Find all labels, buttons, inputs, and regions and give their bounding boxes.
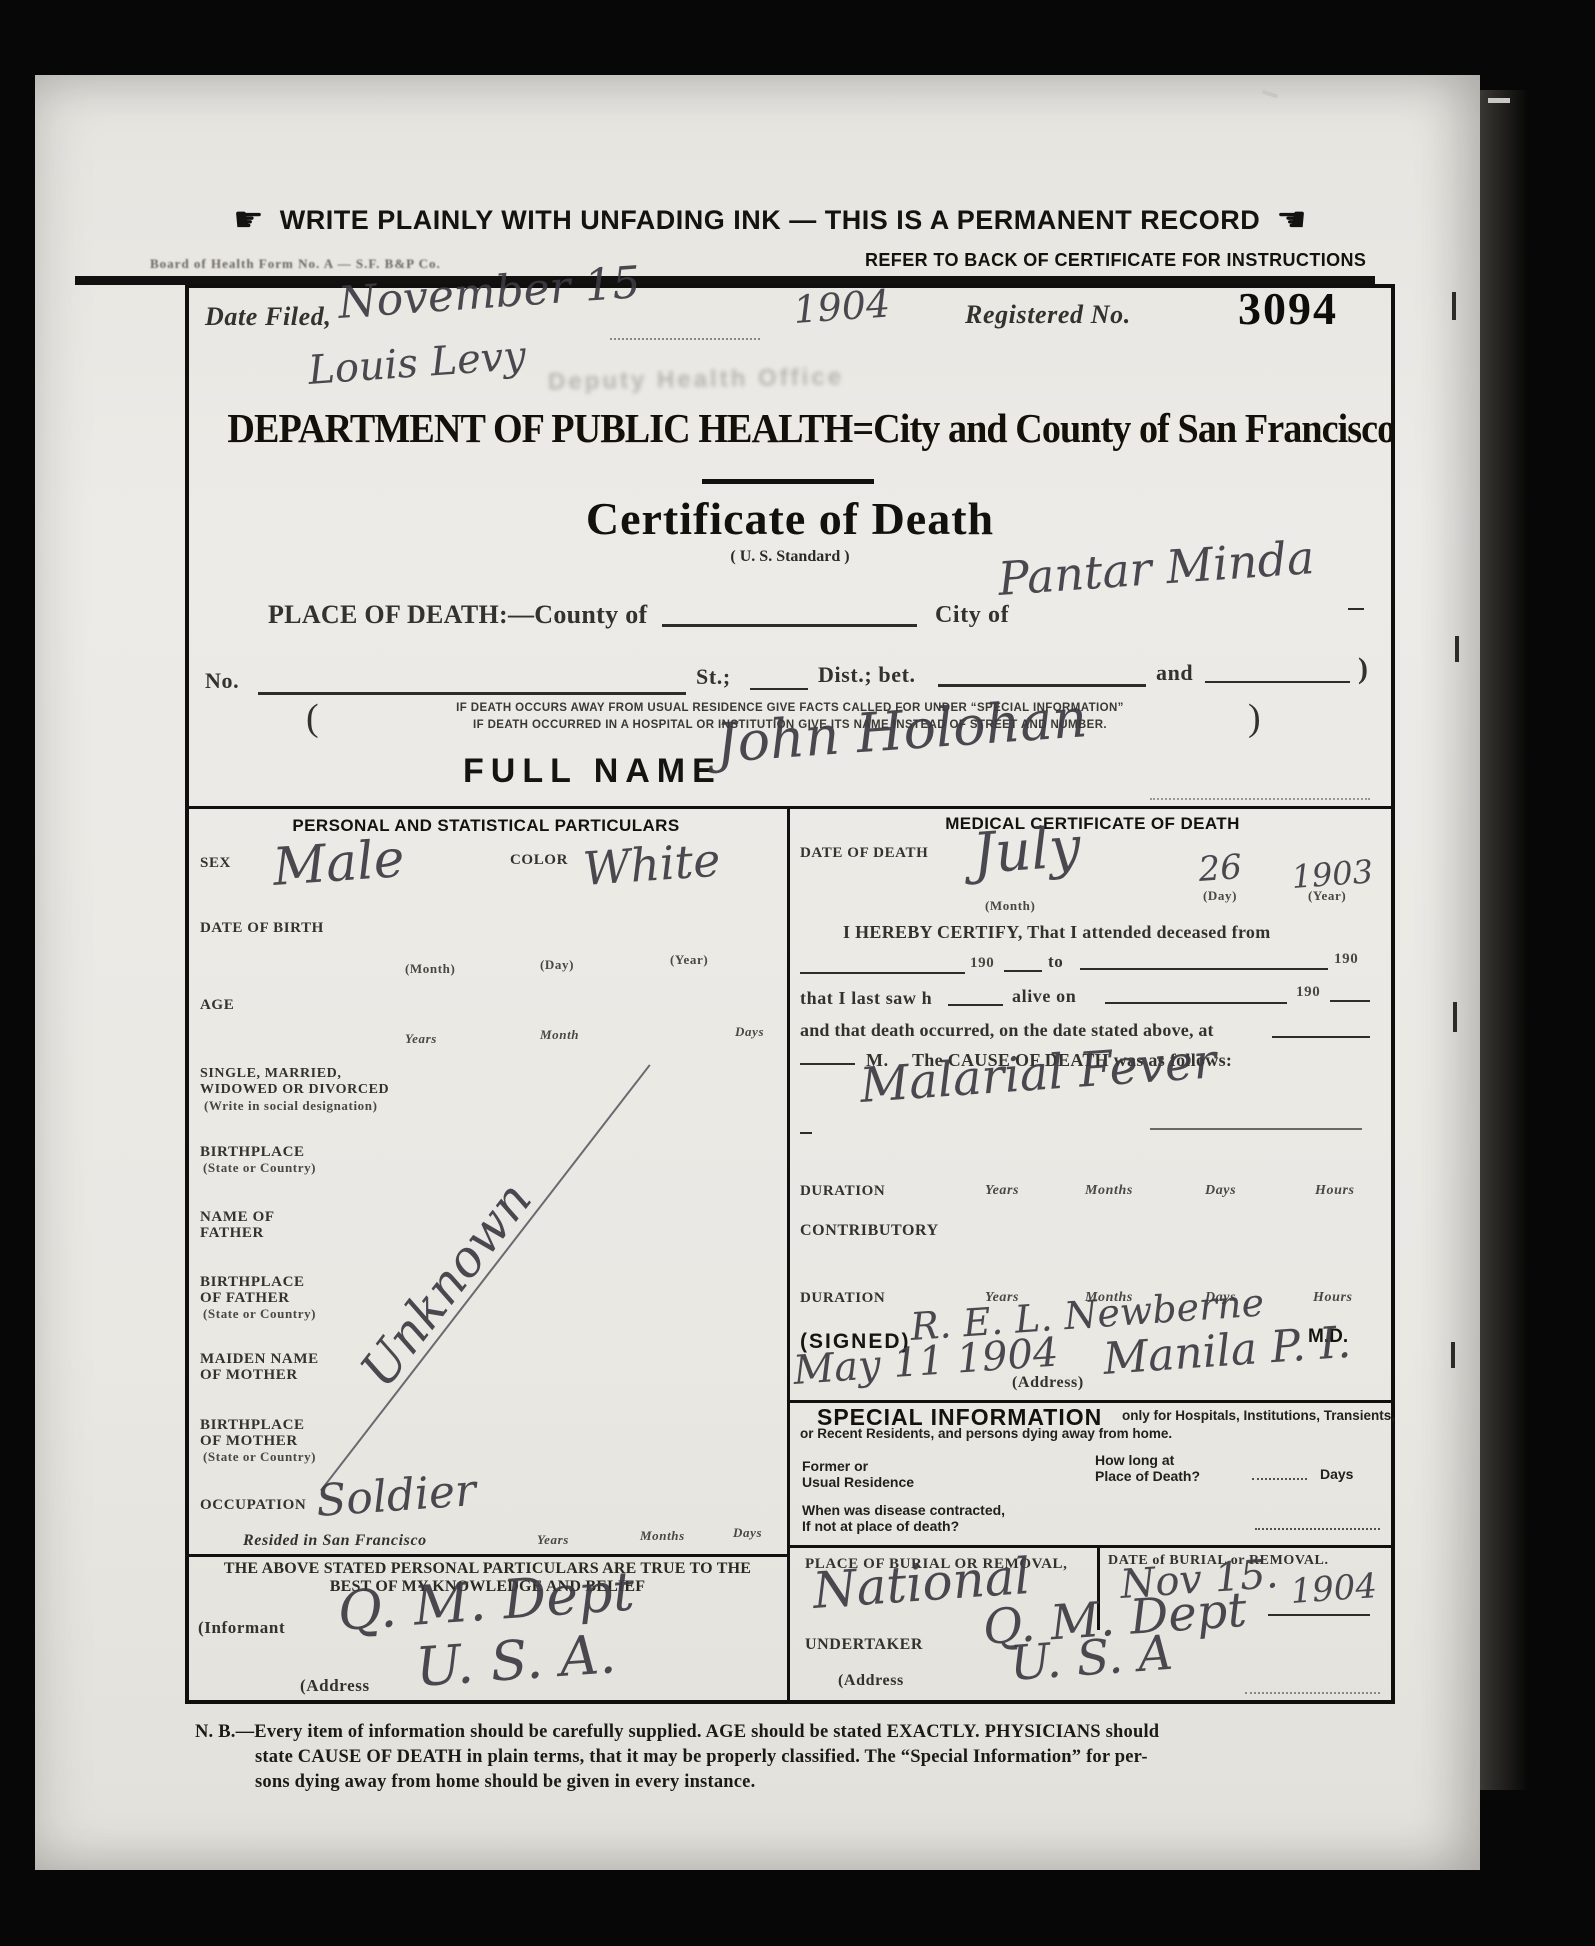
- former-residence-line2: Usual Residence: [802, 1474, 914, 1490]
- binding-mark: [1453, 1002, 1457, 1032]
- scan-artifact: [1488, 98, 1510, 103]
- dob-year-label: (Year): [670, 952, 708, 968]
- column-divider: [787, 806, 790, 1704]
- cause-left-tick: [800, 1132, 812, 1134]
- place-of-death-label: PLACE OF DEATH:—County of: [268, 600, 647, 630]
- death-certificate-scan: ☛ WRITE PLAINLY WITH UNFADING INK — THIS…: [0, 0, 1595, 1946]
- duration2-hours: Hours: [1313, 1290, 1353, 1306]
- mother-birthplace-line1: BIRTHPLACE: [200, 1417, 305, 1434]
- duration-label: DURATION: [800, 1183, 885, 1200]
- dob-day-label: (Day): [540, 957, 574, 973]
- left-column-rule: [185, 1554, 787, 1557]
- and-label: and: [1156, 660, 1193, 686]
- last-saw-blank2: [1105, 1002, 1287, 1004]
- resided-label: Resided in San Francisco: [243, 1532, 427, 1550]
- office-stamp: Deputy Health Office: [548, 363, 844, 396]
- contracted-line1: When was disease contracted,: [802, 1502, 1005, 1518]
- undertaker-address-label: (Address: [838, 1672, 904, 1690]
- binding-mark: [1451, 1342, 1455, 1368]
- note-close-paren: ): [1248, 696, 1261, 740]
- pointing-hand-left-icon: ☚: [1276, 200, 1306, 240]
- alive-on-label: alive on: [1012, 986, 1076, 1007]
- banner-title: WRITE PLAINLY WITH UNFADING INK — THIS I…: [280, 205, 1261, 236]
- footer-note-line1: N. B.—Every item of information should b…: [195, 1722, 1159, 1743]
- special-info-top-rule: [790, 1400, 1395, 1403]
- dob-month-label: (Month): [405, 961, 455, 977]
- birthplace-label-line2: (State or Country): [203, 1160, 316, 1176]
- registered-no-label: Registered No.: [965, 300, 1131, 330]
- physician-address-label: (Address): [1012, 1374, 1084, 1392]
- pointing-hand-right-icon: ☛: [233, 200, 263, 240]
- filing-dotted-line: [610, 338, 760, 340]
- informant-address-label: (Address: [300, 1676, 370, 1696]
- full-name-label: FULL NAME: [463, 752, 722, 791]
- age-month-label: Month: [540, 1027, 579, 1043]
- duration2-label: DURATION: [800, 1290, 885, 1307]
- marital-label-line1: SINGLE, MARRIED,: [200, 1066, 341, 1082]
- date-of-death-label: DATE OF DEATH: [800, 845, 928, 862]
- date-filed-year: 1904: [792, 281, 892, 332]
- last-saw-190: 190: [1296, 984, 1320, 1001]
- department-title: DEPARTMENT OF PUBLIC HEALTH=City and Cou…: [227, 404, 1352, 452]
- m-leading-line: [800, 1063, 855, 1065]
- resided-months-label: Months: [640, 1528, 685, 1544]
- certify-blank1: [800, 972, 965, 974]
- duration-years: Years: [985, 1183, 1019, 1199]
- death-day-label: (Day): [1203, 888, 1237, 904]
- occurred-blank: [1272, 1036, 1370, 1038]
- marital-label-line3: (Write in social designation): [204, 1098, 378, 1114]
- date-of-birth-label: DATE OF BIRTH: [200, 920, 324, 937]
- full-name-dotted-line: [1150, 798, 1370, 800]
- certify-to-label: to: [1048, 952, 1063, 972]
- father-name-label-line1: NAME OF: [200, 1209, 275, 1226]
- father-birthplace-line2: OF FATHER: [200, 1290, 290, 1307]
- mother-birthplace-line3: (State or Country): [203, 1449, 316, 1465]
- death-year-label: (Year): [1308, 888, 1346, 904]
- banner-row: ☛ WRITE PLAINLY WITH UNFADING INK — THIS…: [200, 200, 1340, 240]
- bet-blank-line: [938, 684, 1146, 687]
- certify-blank3: [1080, 968, 1328, 970]
- certify-line: I HEREBY CERTIFY, That I attended deceas…: [843, 922, 1271, 943]
- row-close-paren: ): [1358, 652, 1369, 686]
- duration-hours: Hours: [1315, 1183, 1355, 1199]
- burial-date-underline: [1268, 1614, 1370, 1616]
- city-of-label: City of: [935, 602, 1009, 629]
- special-info-note2: or Recent Residents, and persons dying a…: [800, 1426, 1172, 1441]
- special-info-note1: only for Hospitals, Institutions, Transi…: [1122, 1408, 1395, 1423]
- undertaker-address-value: U. S. A: [1008, 1625, 1174, 1692]
- certify-190b: 190: [1334, 951, 1358, 968]
- how-long-days-label: Days: [1320, 1466, 1353, 1482]
- cause-underline: [1150, 1128, 1362, 1130]
- dist-bet-label: Dist.; bet.: [818, 662, 916, 688]
- birthplace-label-line1: BIRTHPLACE: [200, 1144, 305, 1161]
- certify-190a: 190: [970, 955, 994, 972]
- contributory-label: CONTRIBUTORY: [800, 1222, 939, 1240]
- mother-birthplace-line2: OF MOTHER: [200, 1433, 298, 1450]
- contracted-line2: If not at place of death?: [802, 1518, 959, 1534]
- resided-days-label: Days: [733, 1525, 762, 1541]
- resided-years-label: Years: [537, 1532, 569, 1548]
- columns-top-rule: [185, 806, 1395, 809]
- father-name-label-line2: FATHER: [200, 1225, 264, 1242]
- former-residence-line1: Former or: [802, 1458, 868, 1474]
- certify-blank2: [1004, 970, 1042, 972]
- last-saw-blank3: [1330, 1000, 1370, 1002]
- note-open-paren: (: [306, 696, 319, 740]
- st-blank-line: [750, 688, 808, 690]
- undertaker-address-dotted: [1245, 1692, 1380, 1694]
- binding-mark: [1455, 636, 1459, 662]
- burial-top-rule: [790, 1545, 1395, 1548]
- refer-note: REFER TO BACK OF CERTIFICATE FOR INSTRUC…: [865, 250, 1365, 271]
- age-days-label: Days: [735, 1024, 764, 1040]
- occupation-label: OCCUPATION: [200, 1497, 306, 1514]
- mother-name-label-line1: MAIDEN NAME: [200, 1351, 319, 1368]
- form-number-note: Board of Health Form No. A — S.F. B&P Co…: [150, 256, 441, 272]
- title-divider: [702, 479, 874, 484]
- county-blank-line: [662, 624, 917, 627]
- last-saw-label: that I last saw h: [800, 988, 932, 1009]
- death-day-value: 26: [1197, 847, 1243, 890]
- marital-label-line2: WIDOWED OR DIVORCED: [200, 1082, 389, 1098]
- death-month-label: (Month): [985, 898, 1035, 914]
- contracted-dotted: [1255, 1528, 1380, 1530]
- footer-note-line2: state CAUSE OF DEATH in plain terms, tha…: [255, 1747, 1148, 1768]
- registered-number: 3094: [1238, 282, 1338, 335]
- book-page-edges: [1480, 90, 1540, 1790]
- how-long-line2: Place of Death?: [1095, 1468, 1200, 1484]
- and-blank-line: [1205, 681, 1350, 683]
- last-saw-blank1: [948, 1004, 1003, 1006]
- footer-note-line3: sons dying away from home should be give…: [255, 1772, 755, 1793]
- color-label: COLOR: [510, 852, 568, 869]
- age-label: AGE: [200, 997, 234, 1014]
- sex-label: SEX: [200, 855, 231, 872]
- binding-mark: [1452, 292, 1456, 320]
- how-long-dotted: [1252, 1478, 1307, 1480]
- age-years-label: Years: [405, 1031, 437, 1047]
- death-month-value: July: [970, 815, 1082, 887]
- medical-section-header: MEDICAL CERTIFICATE OF DEATH: [790, 814, 1395, 834]
- informant-label: (Informant: [198, 1618, 285, 1638]
- father-birthplace-line1: BIRTHPLACE: [200, 1274, 305, 1291]
- date-filed-label: Date Filed,: [205, 302, 331, 332]
- no-label: No.: [205, 668, 239, 694]
- no-blank-line: [258, 692, 686, 695]
- city-trailing-dash: [1348, 608, 1364, 610]
- sex-value: Male: [271, 829, 407, 898]
- duration-months: Months: [1085, 1183, 1133, 1199]
- mother-name-label-line2: OF MOTHER: [200, 1367, 298, 1384]
- father-birthplace-line3: (State or Country): [203, 1306, 316, 1322]
- undertaker-label: UNDERTAKER: [805, 1636, 923, 1654]
- st-label: St.;: [696, 664, 731, 690]
- color-value: White: [581, 833, 722, 896]
- how-long-line1: How long at: [1095, 1452, 1174, 1468]
- burial-date-year: 1904: [1289, 1566, 1378, 1612]
- duration-days: Days: [1205, 1183, 1236, 1199]
